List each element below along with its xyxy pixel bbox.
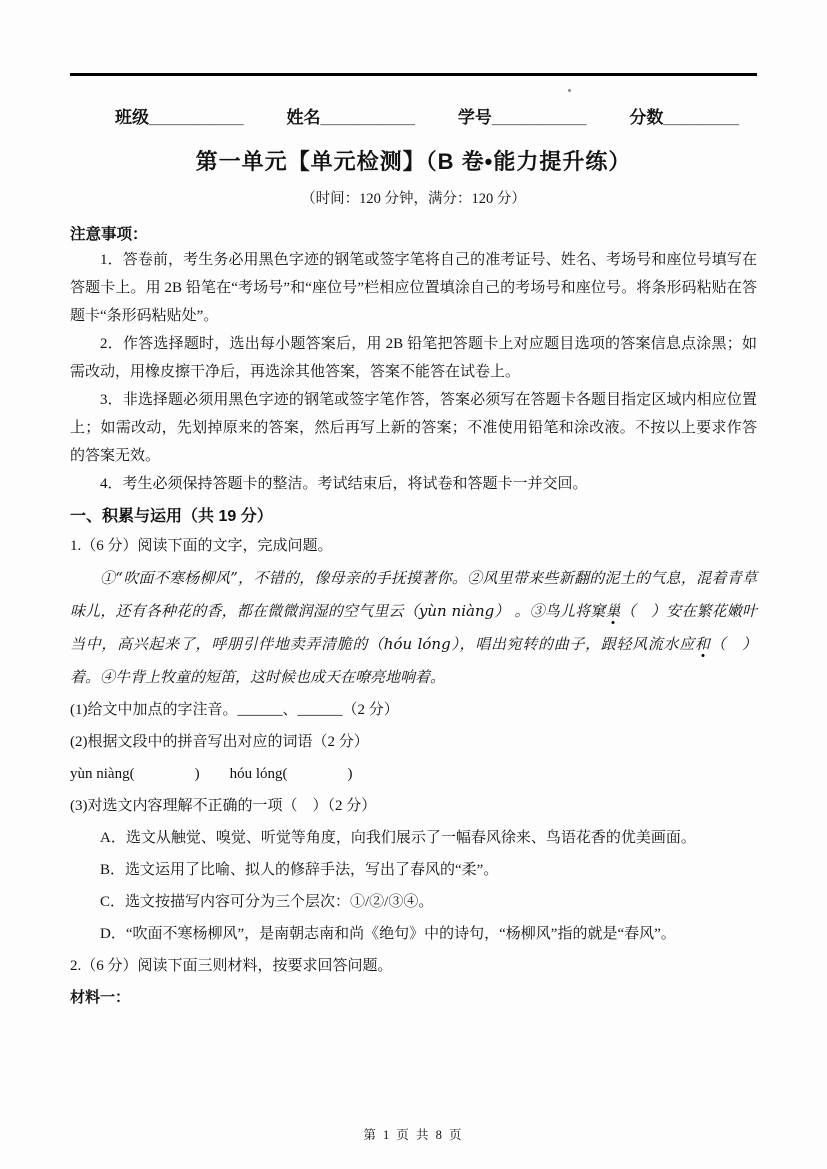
student-info-row: 班级__________ 姓名__________ 学号__________ 分… <box>70 106 757 130</box>
notice-item-3: 3．非选择题必须用黑色字迹的钢笔或签字笔作答，答案必须写在答题卡各题目指定区域内… <box>70 386 757 470</box>
section-1-heading: 一、积累与运用（共 19 分） <box>70 504 757 530</box>
field-class: 班级__________ <box>115 106 244 130</box>
page-content: 班级__________ 姓名__________ 学号__________ 分… <box>70 0 757 1014</box>
option-c: C．选文按描写内容可分为三个层次：①/②/③④。 <box>70 886 757 918</box>
notice-item-1: 1．答卷前，考生务必用黑色字迹的钢笔或签字笔将自己的准考证号、姓名、考场号和座位… <box>70 246 757 330</box>
exam-time-score-line: （时间：120 分钟，满分：120 分） <box>70 189 757 209</box>
notice-item-4: 4．考生必须保持答题卡的整洁。考试结束后，将试卷和答题卡一并交回。 <box>70 470 757 498</box>
question-1-intro: 1.（6 分）阅读下面的文字，完成问题。 <box>70 530 757 562</box>
dotted-character-chao: 巢 <box>605 602 620 620</box>
field-student-id: 学号__________ <box>458 106 587 130</box>
field-score-label: 分数 <box>629 108 663 127</box>
notice-item-2: 2．作答选择题时，选出每小题答案后，用 2B 铅笔把答题卡上对应题目选项的答案信… <box>70 330 757 386</box>
exam-title: 第一单元【单元检测】（B 卷•能力提升练） <box>70 146 757 177</box>
material-1-label: 材料一： <box>70 982 757 1014</box>
field-name-label: 姓名 <box>286 108 320 127</box>
sub-question-3-choice: (3)对选文内容理解不正确的一项（ ）（2 分） <box>70 790 757 822</box>
field-name-blank: __________ <box>320 108 415 127</box>
question-2-intro: 2.（6 分）阅读下面三则材料，按要求回答问题。 <box>70 950 757 982</box>
exam-paper-page: 班级__________ 姓名__________ 学号__________ 分… <box>0 0 827 1169</box>
notice-heading: 注意事项： <box>70 224 757 246</box>
field-class-label: 班级 <box>115 108 149 127</box>
option-d: D．“吹面不寒杨柳风”，是南朝志南和尚《绝句》中的诗句，“杨柳风”指的就是“春风… <box>70 918 757 950</box>
header-divider-rule <box>70 73 757 76</box>
field-score: 分数________ <box>629 106 739 130</box>
field-score-blank: ________ <box>663 108 739 127</box>
field-student-id-label: 学号 <box>458 108 492 127</box>
option-b: B．选文运用了比喻、拟人的修辞手法，写出了春风的“柔”。 <box>70 854 757 886</box>
dotted-character-he: 和 <box>695 635 711 653</box>
sub-question-1-pinyin: (1)给文中加点的字注音。______、______（2 分） <box>70 694 757 726</box>
option-a: A．选文从触觉、嗅觉、听觉等角度，向我们展示了一幅春风徐来、鸟语花香的优美画面。 <box>70 822 757 854</box>
reading-passage: ①“吹面不寒杨柳风”，不错的，像母亲的手抚摸著你。②风里带来些新翻的泥土的气息，… <box>70 562 757 694</box>
section-1-accumulation: 一、积累与运用（共 19 分） 1.（6 分）阅读下面的文字，完成问题。 ①“吹… <box>70 504 757 1014</box>
page-number-footer: 第 1 页 共 8 页 <box>0 1125 827 1143</box>
field-class-blank: __________ <box>149 108 244 127</box>
sub-question-2-words: (2)根据文段中的拼音写出对应的词语（2 分） <box>70 726 757 758</box>
pinyin-answer-blanks: yùn niàng( ) hóu lóng( ) <box>70 758 757 790</box>
field-student-id-blank: __________ <box>492 108 587 127</box>
notice-section: 注意事项： 1．答卷前，考生务必用黑色字迹的钢笔或签字笔将自己的准考证号、姓名、… <box>70 224 757 498</box>
field-name: 姓名__________ <box>286 106 415 130</box>
